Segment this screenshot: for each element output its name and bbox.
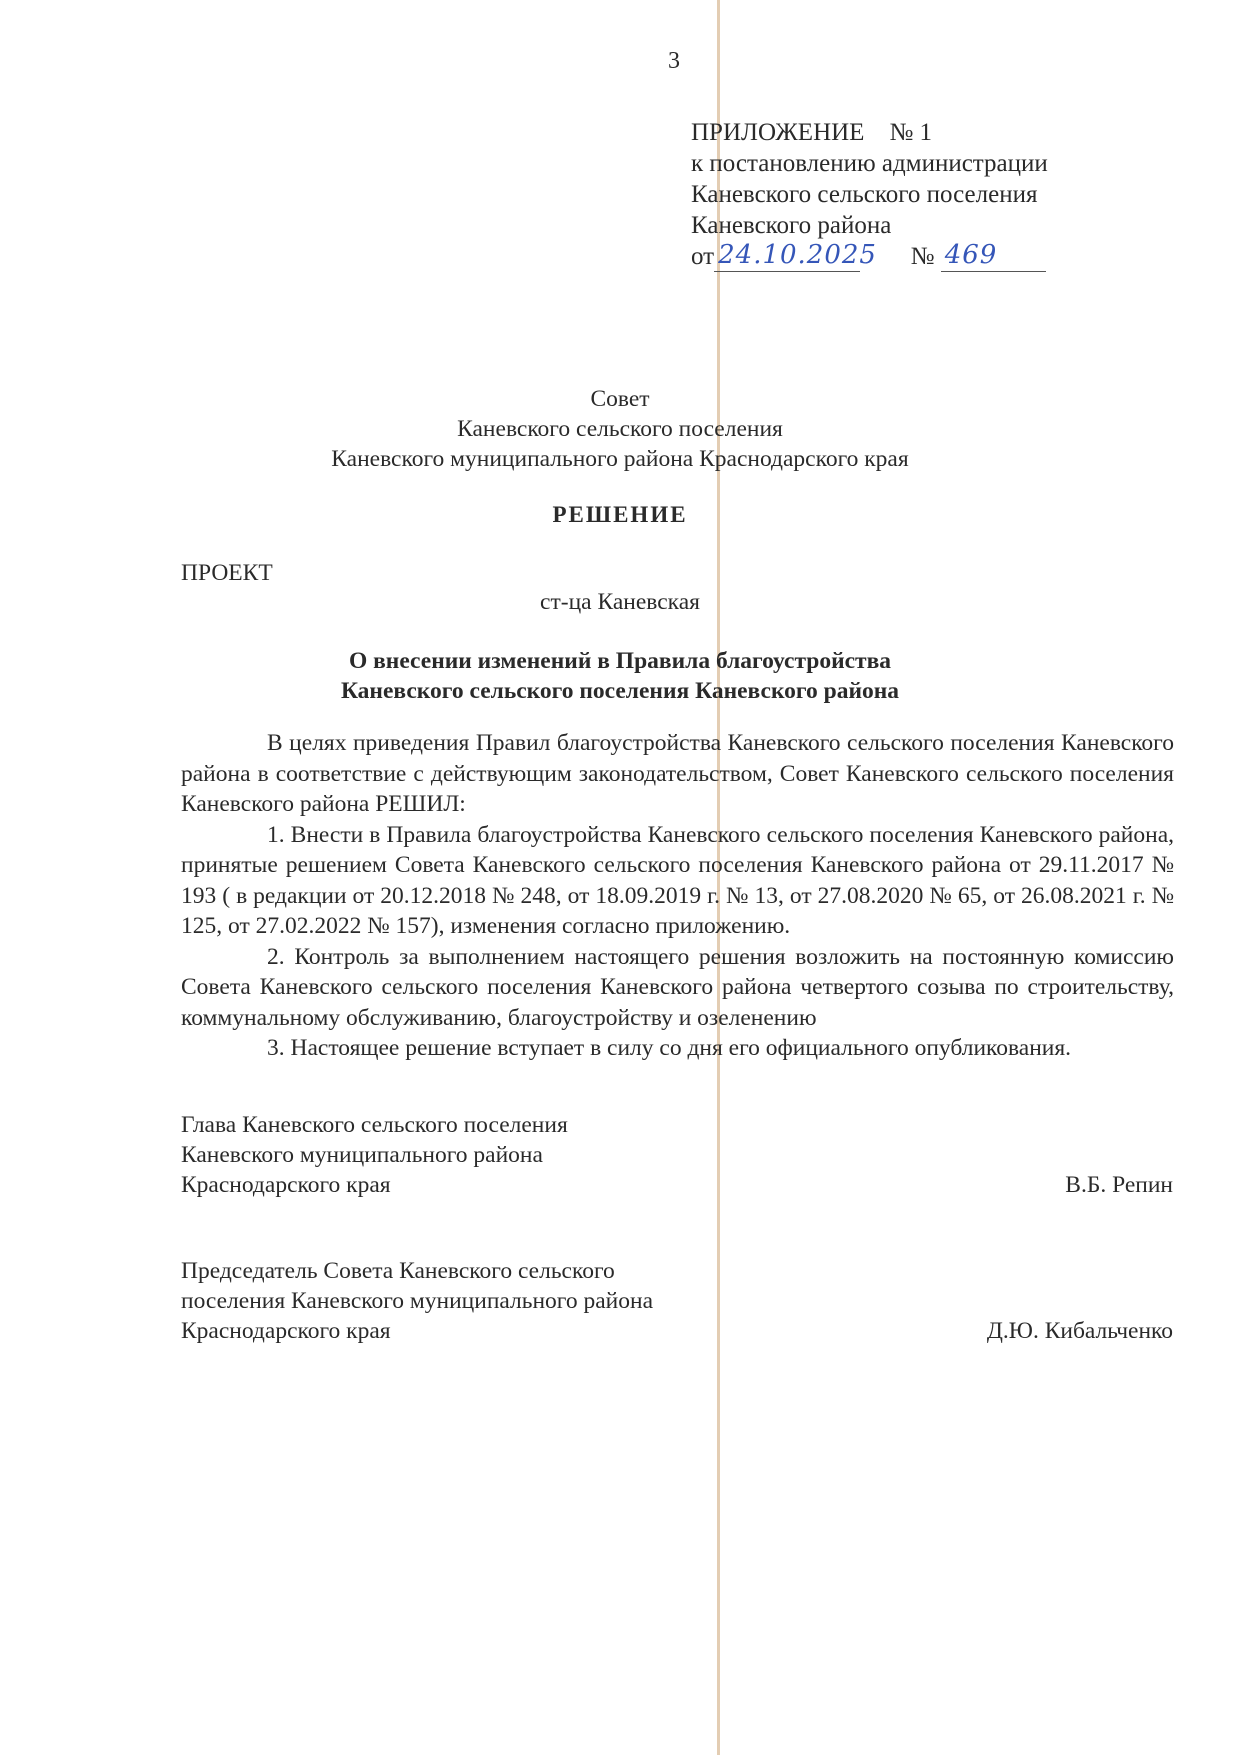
number-prefix: № bbox=[911, 243, 935, 270]
appendix-date-number: от24.10.2025 № 469 bbox=[691, 241, 1048, 272]
council-settlement: Каневского сельского поселения bbox=[0, 414, 1240, 444]
number-field: 469 bbox=[941, 243, 1046, 272]
signatory-title-line: Краснодарского края bbox=[181, 1316, 653, 1346]
page-number: 3 bbox=[668, 48, 680, 75]
council-header: Совет Каневского сельского поселения Кан… bbox=[0, 384, 1240, 474]
document-type: РЕШЕНИЕ bbox=[0, 502, 1240, 528]
handwritten-date: 24.10.2025 bbox=[718, 240, 877, 271]
appendix-settlement: Каневского сельского поселения bbox=[691, 179, 1048, 210]
date-field: 24.10.2025 bbox=[714, 243, 860, 272]
appendix-heading: ПРИЛОЖЕНИЕ № 1 bbox=[691, 117, 1048, 148]
council-name: Совет bbox=[0, 384, 1240, 414]
signature-block-chairman: Председатель Совета Каневского сельского… bbox=[181, 1256, 653, 1346]
handwritten-number: 469 bbox=[945, 240, 998, 271]
title-line-1: О внесении изменений в Правила благоустр… bbox=[0, 646, 1240, 676]
signatory-title-line: Краснодарского края bbox=[181, 1170, 568, 1200]
document-title: О внесении изменений в Правила благоустр… bbox=[0, 646, 1240, 706]
draft-label: ПРОЕКТ bbox=[181, 558, 273, 588]
signatory-title-line: Председатель Совета Каневского сельского bbox=[181, 1256, 653, 1286]
clause-3: 3. Настоящее решение вступает в силу со … bbox=[181, 1033, 1174, 1064]
council-region: Каневского муниципального района Краснод… bbox=[0, 444, 1240, 474]
appendix-reference: к постановлению администрации bbox=[691, 148, 1048, 179]
signatory-name: В.Б. Репин bbox=[1065, 1170, 1173, 1200]
signatory-title-line: Глава Каневского сельского поселения bbox=[181, 1110, 568, 1140]
clause-2: 2. Контроль за выполнением настоящего ре… bbox=[181, 942, 1174, 1034]
signatory-title-line: поселения Каневского муниципального райо… bbox=[181, 1286, 653, 1316]
place-of-issue: ст-ца Каневская bbox=[0, 587, 1240, 617]
document-body: В целях приведения Правил благоустройств… bbox=[181, 728, 1174, 1064]
date-prefix: от bbox=[691, 243, 714, 270]
signatory-name: Д.Ю. Кибальченко bbox=[987, 1316, 1173, 1346]
appendix-block: ПРИЛОЖЕНИЕ № 1 к постановлению администр… bbox=[691, 117, 1048, 272]
preamble-paragraph: В целях приведения Правил благоустройств… bbox=[181, 728, 1174, 820]
clause-1: 1. Внести в Правила благоустройства Кане… bbox=[181, 820, 1174, 942]
signature-block-head: Глава Каневского сельского поселения Кан… bbox=[181, 1110, 568, 1200]
appendix-district: Каневского района bbox=[691, 210, 1048, 241]
signatory-title-line: Каневского муниципального района bbox=[181, 1140, 568, 1170]
title-line-2: Каневского сельского поселения Каневског… bbox=[0, 676, 1240, 706]
